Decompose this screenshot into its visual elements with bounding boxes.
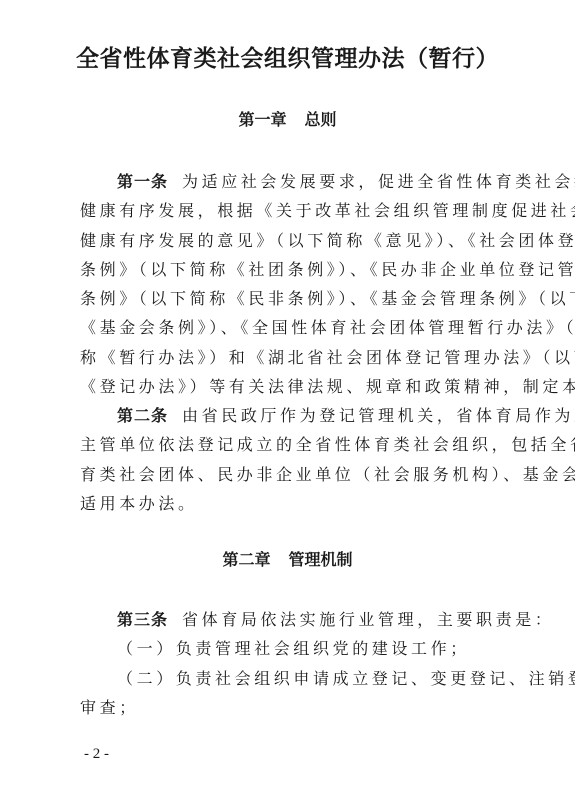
- article-line: 《登记办法》）等有关法律法规、规章和政策精神，制定本办法。: [80, 372, 540, 401]
- article-label: 第一条: [117, 172, 168, 191]
- article-label: 第三条: [117, 610, 168, 629]
- article-1: 第一条为适应社会发展要求，促进全省性体育类社会组织 健康有序发展，根据《关于改革…: [80, 167, 540, 401]
- article-text: 由省民政厅作为登记管理机关，省体育局作为业务: [182, 406, 575, 425]
- chapter-number: 第一章: [238, 110, 286, 129]
- chapter-number: 第二章: [222, 550, 270, 569]
- article-label: 第二条: [117, 406, 168, 425]
- article-line: 条例》（以下简称《民非条例》）、《基金会管理条例》（以下简称: [80, 284, 540, 313]
- article-line: 健康有序发展，根据《关于改革社会组织管理制度促进社会组织: [80, 196, 540, 225]
- chapter-name: 总则: [305, 110, 337, 129]
- article-line: 育类社会团体、民办非企业单位（社会服务机构）、基金会等，: [80, 460, 540, 489]
- article-2: 第二条由省民政厅作为登记管理机关，省体育局作为业务 主管单位依法登记成立的全省性…: [80, 401, 540, 518]
- chapter-heading-1: 第一章总则: [0, 108, 575, 132]
- chapter-name: 管理机制: [289, 550, 353, 569]
- article-line: 审查；: [80, 693, 540, 722]
- article-line: 第三条省体育局依法实施行业管理，主要职责是：: [80, 605, 540, 634]
- document-title: 全省性体育类社会组织管理办法（暂行）: [0, 44, 575, 74]
- page-number: - 2 -: [84, 746, 109, 763]
- article-line: 《基金会条例》）、《全国性体育社会团体管理暂行办法》（以下简: [80, 313, 540, 342]
- chapter-heading-2: 第二章管理机制: [0, 548, 575, 572]
- article-line: 第二条由省民政厅作为登记管理机关，省体育局作为业务: [80, 401, 540, 430]
- article-line: （二）负责社会组织申请成立登记、变更登记、注销登记前置: [80, 664, 540, 693]
- article-text: 为适应社会发展要求，促进全省性体育类社会组织: [182, 172, 575, 191]
- article-3: 第三条省体育局依法实施行业管理，主要职责是： （一）负责管理社会组织党的建设工作…: [80, 605, 540, 722]
- article-line: 主管单位依法登记成立的全省性体育类社会组织，包括全省性体: [80, 430, 540, 459]
- article-line: 称《暂行办法》）和《湖北省社会团体登记管理办法》（以下简称: [80, 343, 540, 372]
- article-line: 健康有序发展的意见》（以下简称《意见》）、《社会团体登记管理: [80, 226, 540, 255]
- article-line: 第一条为适应社会发展要求，促进全省性体育类社会组织: [80, 167, 540, 196]
- article-line: 条例》（以下简称《社团条例》）、《民办非企业单位登记管理暂行: [80, 255, 540, 284]
- article-line: 适用本办法。: [80, 489, 540, 518]
- article-line: （一）负责管理社会组织党的建设工作；: [80, 634, 540, 663]
- article-text: 省体育局依法实施行业管理，主要职责是：: [182, 610, 554, 629]
